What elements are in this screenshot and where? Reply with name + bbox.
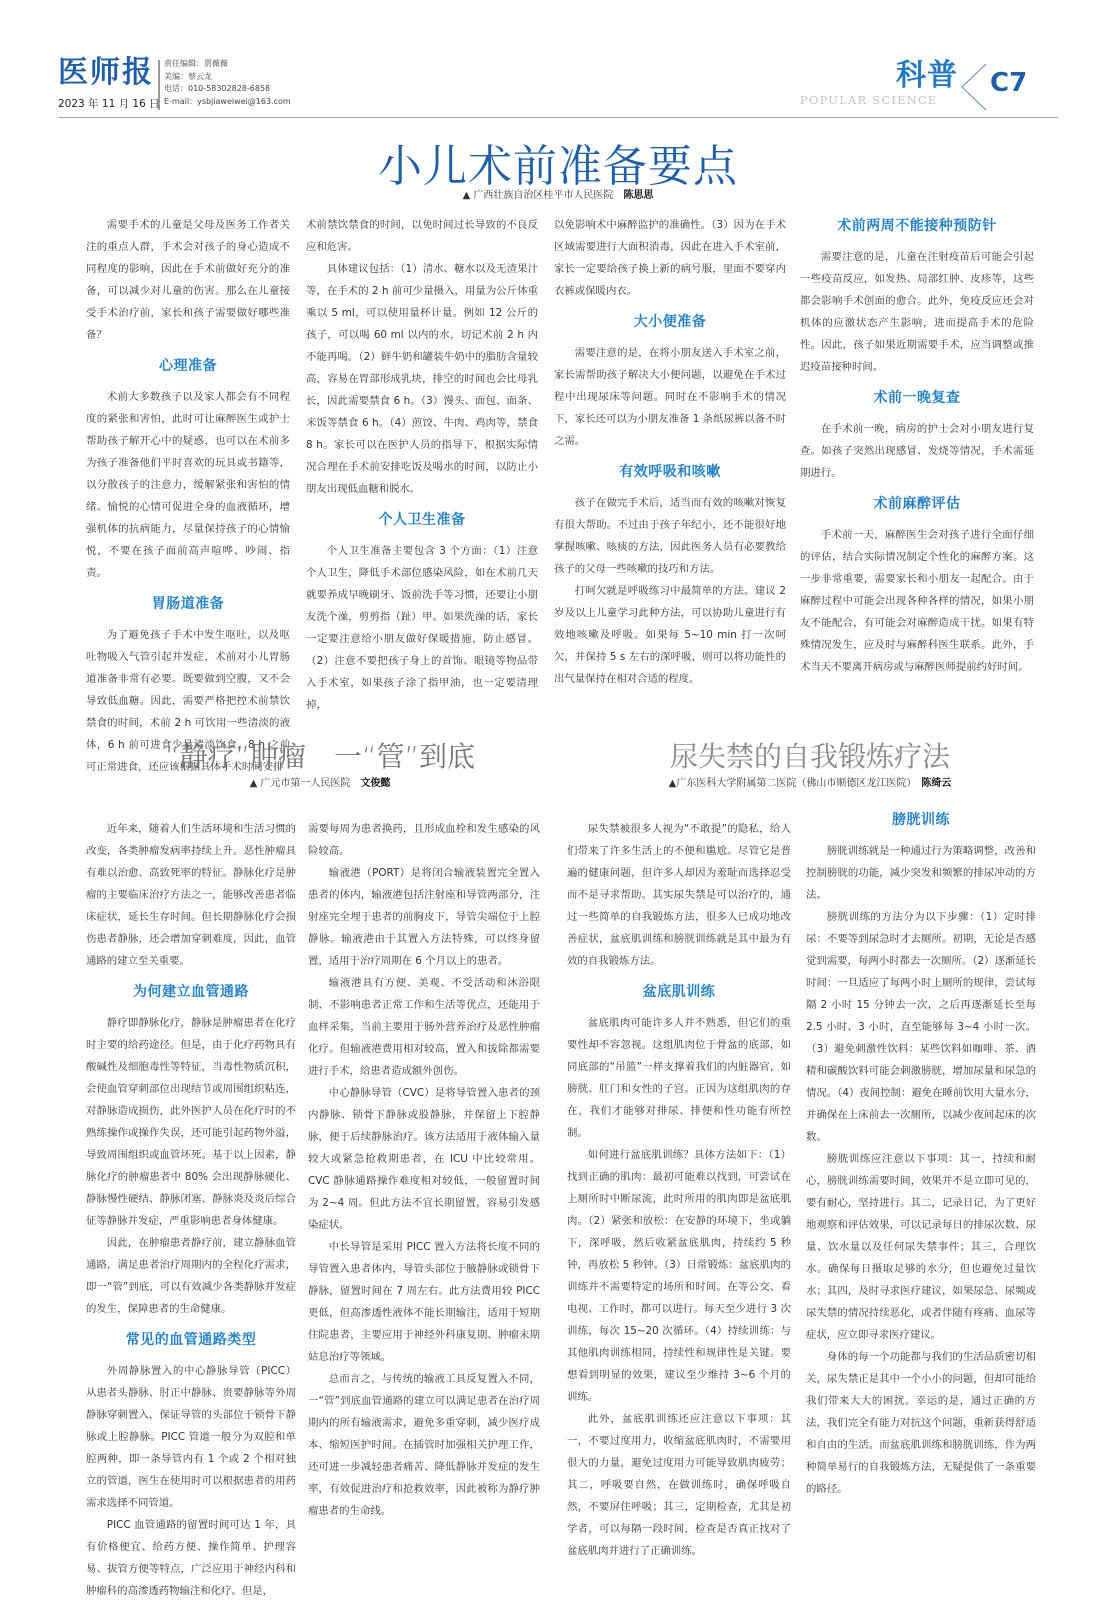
page-number: C7 — [990, 68, 1027, 98]
header-rule — [58, 117, 1058, 118]
paragraph: 此外，盆底肌训练还应注意以下事项：其一，不要过度用力，收缩盆底肌肉时，不需要用很… — [567, 1408, 791, 1562]
subheading: 术前一晚复查 — [800, 388, 1034, 408]
paragraph: 需要每周为患者换药，且形成血栓和发生感染的风险较高。 — [308, 818, 540, 862]
subheading: 个人卫生准备 — [306, 510, 538, 530]
article1-byline: ▲ 广西壮族自治区桂平市人民医院 陈思思 — [58, 186, 1058, 201]
paragraph: 身体的每一个功能都与我们的生活品质密切相关，尿失禁正是其中一个小小的问题，但却可… — [806, 1346, 1036, 1500]
byline-author: 文俊懿 — [360, 778, 390, 789]
subheading: 有效呼吸和咳嗽 — [554, 462, 786, 482]
paragraph: 外周静脉置入的中心静脉导管（PICC）从患者头静脉、肘正中静脉、贵要静脉等外周静… — [86, 1360, 296, 1514]
byline-author: 陈绮云 — [921, 778, 951, 789]
paragraph: 近年来，随着人们生活环境和生活习惯的改变，各类肿瘤发病率持续上升。恶性肿瘤具有难… — [86, 818, 296, 972]
paragraph: 术前大多数孩子以及家人都会有不同程度的紧张和害怕，此时可让麻醉医生或护士帮助孩子… — [86, 386, 290, 584]
paragraph: 个人卫生准备主要包含 3 个方面：（1）注意个人卫生，降低手术部位感染风险，如在… — [306, 540, 538, 716]
subheading: 术前麻醉评估 — [800, 494, 1034, 514]
article3-column-1: 尿失禁被很多人视为“不敢提”的隐私，给人们带来了许多生活上的不便和尴尬。尽管它是… — [567, 818, 791, 1562]
paragraph: 输液港（PORT）是将闭合输液装置完全置入患者的体内，输液港包括注射座和导管两部… — [308, 862, 540, 972]
article1-column-2: 术前禁饮禁食的时间，以免时间过长导致的不良反应和危害。 具体建议包括：（1）清水… — [306, 214, 538, 716]
paragraph: 需要注意的是，儿童在注射疫苗后可能会引起一些疫苗反应，如发热、局部红肿、皮疹等，… — [800, 246, 1034, 378]
subheading: 胃肠道准备 — [86, 594, 290, 614]
paragraph: 术前禁饮禁食的时间，以免时间过长导致的不良反应和危害。 — [306, 214, 538, 258]
paragraph: 孩子在做完手术后，适当而有效的咳嗽对恢复有很大帮助。不过由于孩子年纪小，还不能很… — [554, 492, 786, 580]
article1-column-1: 需要手术的儿童是父母及医务工作者关注的重点人群，手术会对孩子的身心造成不同程度的… — [86, 214, 290, 778]
masthead-divider — [158, 60, 160, 110]
subheading: 盆底肌训练 — [567, 982, 791, 1002]
paragraph: 因此，在肿瘤患者静疗前，建立静脉血管通路，满足患者治疗周期内的全程化疗需求，即一… — [86, 1232, 296, 1320]
article3-title: 尿失禁的自我锻炼疗法 — [560, 735, 1060, 775]
paragraph: 中心静脉导管（CVC）是将导管置入患者的颈内静脉、锁骨下静脉或股静脉，并保留上下… — [308, 1082, 540, 1236]
article3-byline: ▲广东医科大学附属第二医院（佛山市顺德区龙江医院） 陈绮云 — [560, 774, 1060, 789]
subheading: 为何建立血管通路 — [86, 982, 296, 1002]
paragraph: 中长导管是采用 PICC 置入方法将长度不同的导管置入患者体内，导管头部位于腋静… — [308, 1236, 540, 1368]
byline-org: ▲ 广元市第一人民医院 — [250, 778, 351, 789]
paragraph: 膀胱训练应注意以下事项：其一，持续和耐心，膀胱训练需要时间，效果并不是立即可见的… — [806, 1148, 1036, 1346]
paragraph: PICC 血管通路的留置时间可达 1 年，具有价格便宜、给药方便、操作简单、护理… — [86, 1514, 296, 1600]
subheading: 膀胱训练 — [806, 810, 1036, 830]
byline-org: ▲ 广西壮族自治区桂平市人民医院 — [463, 190, 614, 201]
masthead: 医师报 2023 年 11 月 16 日 责任编辑：贾薇薇 美编：蔡云龙 电话：… — [58, 56, 1058, 114]
paragraph: 总而言之，与传统的输液工具反复置入不同，一“管”到底血管通路的建立可以满足患者在… — [308, 1368, 540, 1522]
paragraph: 盆底肌肉可能许多人并不熟悉，但它们的重要性却不容忽视。这组肌肉位于骨盆的底部，如… — [567, 1012, 791, 1144]
byline-org: ▲广东医科大学附属第二医院（佛山市顺德区龙江医院） — [669, 778, 912, 789]
publication-date: 2023 年 11 月 16 日 — [58, 96, 160, 111]
subheading: 常见的血管通路类型 — [86, 1330, 296, 1350]
paragraph: 需要手术的儿童是父母及医务工作者关注的重点人群，手术会对孩子的身心造成不同程度的… — [86, 214, 290, 346]
email: E-mail：ysbjiaweiwei@163.com — [164, 96, 291, 109]
article2-title: “静疗”肿瘤 一“管”到底 — [80, 735, 560, 775]
subheading: 心理准备 — [86, 356, 290, 376]
section-title-en: POPULAR SCIENCE — [800, 93, 938, 107]
paragraph: 输液港具有方便、美观、不受活动和沐浴限制、不影响患者正常工作和生活等优点，还能用… — [308, 972, 540, 1082]
paragraph: 手术前一天，麻醉医生会对孩子进行全面仔细的评估，结合实际情况制定个性化的麻醉方案… — [800, 524, 1034, 678]
article2-column-1: 近年来，随着人们生活环境和生活习惯的改变，各类肿瘤发病率持续上升。恶性肿瘤具有难… — [86, 818, 296, 1600]
article2-byline: ▲ 广元市第一人民医院 文俊懿 — [80, 774, 560, 789]
paragraph: 尿失禁被很多人视为“不敢提”的隐私，给人们带来了许多生活上的不便和尴尬。尽管它是… — [567, 818, 791, 972]
section-title: 科普 — [896, 58, 958, 94]
paragraph: 以免影响术中麻醉监护的准确性。（3）因为在手术区域需要进行大面积消毒，因此在进入… — [554, 214, 786, 302]
paragraph: 如何进行盆底肌训练？具体方法如下：（1）找到正确的肌肉：最初可能难以找到，可尝试… — [567, 1144, 791, 1408]
byline-author: 陈思思 — [623, 190, 653, 201]
chevron-left-icon — [958, 62, 988, 112]
paragraph: 需要注意的是，在将小朋友送入手术室之前，家长需帮助孩子解决大小便问题，以避免在手… — [554, 342, 786, 452]
paragraph: 静疗即静脉化疗，静脉是肿瘤患者在化疗时主要的给药途径。但是，由于化疗药物具有酸碱… — [86, 1012, 296, 1232]
article3-column-2: 膀胱训练 膀胱训练就是一种通过行为策略调整，改善和控制膀胱的功能，减少突发和频繁… — [806, 800, 1036, 1500]
editor: 责任编辑：贾薇薇 — [164, 58, 291, 71]
newspaper-logo: 医师报 — [58, 56, 154, 90]
paragraph: 膀胱训练的方法分为以下步骤：（1）定时排尿：不要等到尿急时才去厕所。初期，无论是… — [806, 906, 1036, 1148]
art-editor: 美编：蔡云龙 — [164, 71, 291, 84]
paragraph: 具体建议包括：（1）清水、糖水以及无渣果汁等，在手术的 2 h 前可少量摄入，用… — [306, 258, 538, 500]
phone: 电话：010-58302828-6858 — [164, 83, 291, 96]
subheading: 术前两周不能接种预防针 — [800, 216, 1034, 236]
article1-title: 小儿术前准备要点 — [58, 130, 1058, 194]
editor-info: 责任编辑：贾薇薇 美编：蔡云龙 电话：010-58302828-6858 E-m… — [164, 58, 291, 108]
article1-column-4: 术前两周不能接种预防针 需要注意的是，儿童在注射疫苗后可能会引起一些疫苗反应，如… — [800, 214, 1034, 678]
paragraph: 膀胱训练就是一种通过行为策略调整，改善和控制膀胱的功能，减少突发和频繁的排尿冲动… — [806, 840, 1036, 906]
paragraph: 打呵欠就是呼吸练习中最简单的方法。建议 2 岁及以上儿童学习此种方法，可以协助儿… — [554, 580, 786, 690]
article1-column-3: 以免影响术中麻醉监护的准确性。（3）因为在手术区域需要进行大面积消毒，因此在进入… — [554, 214, 786, 690]
article2-column-2: 需要每周为患者换药，且形成血栓和发生感染的风险较高。 输液港（PORT）是将闭合… — [308, 818, 540, 1522]
subheading: 大小便准备 — [554, 312, 786, 332]
paragraph: 在手术前一晚，病房的护士会对小朋友进行复查。如孩子突然出现感冒、发烧等情况，手术… — [800, 418, 1034, 484]
